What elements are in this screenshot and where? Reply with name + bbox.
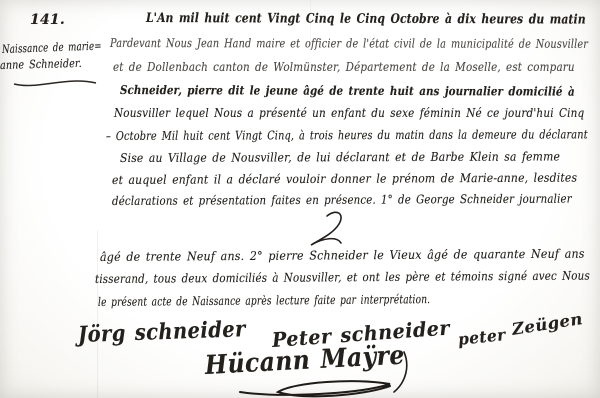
signature-paraph-flourish (0, 0, 600, 398)
document-page: 141. Naissance de marie= anne Schneider.… (0, 0, 600, 398)
